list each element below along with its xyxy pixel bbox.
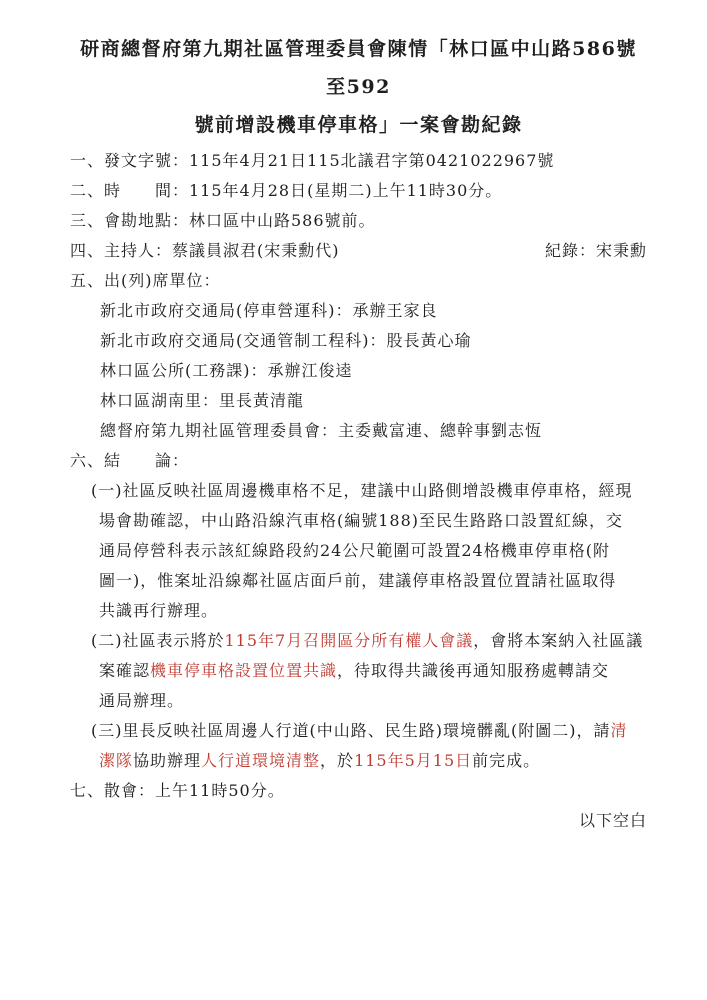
recorder-label: 紀錄：宋秉勳 bbox=[545, 236, 647, 266]
text-segment: 一、發文字號：115年4月21日115北議君字第0421022967號 bbox=[70, 151, 554, 170]
conclusion-2: (二)社區表示將於115年7月召開區分所有權人會議，會將本案納入社區議 bbox=[70, 626, 647, 656]
highlighted-text-segment: 115年7月召開區分所有權人會議 bbox=[225, 631, 474, 650]
document-title: 研商總督府第九期社區管理委員會陳情「林口區中山路586號至592 號前增設機車停… bbox=[70, 30, 647, 144]
attendee: 林口區湖南里：里長黃清龍 bbox=[70, 386, 647, 416]
attendee: 總督府第九期社區管理委員會：主委戴富連、總幹事劉志恆 bbox=[70, 416, 647, 446]
text-segment: 林口區湖南里：里長黃清龍 bbox=[100, 391, 304, 410]
text-segment: 共識再行辦理。 bbox=[99, 601, 218, 620]
text-segment: 圖一)，惟案址沿線鄰社區店面戶前，建議停車格設置位置請社區取得 bbox=[99, 571, 616, 590]
text-segment: (三)里長反映社區周邊人行道(中山路、民生路)環境髒亂(附圖二)，請 bbox=[91, 721, 610, 740]
highlighted-text-segment: 115年5月15日 bbox=[354, 751, 472, 770]
text-segment: 協助辦理 bbox=[133, 751, 201, 770]
conclusion-3: (三)里長反映社區周邊人行道(中山路、民生路)環境髒亂(附圖二)，請清 bbox=[70, 716, 647, 746]
conclusion-1-cont: 場會勘確認，中山路沿線汽車格(編號188)至民生路路口設置紅線，交 bbox=[70, 506, 647, 536]
item-time: 二、時 間：115年4月28日(星期二)上午11時30分。 bbox=[70, 176, 647, 206]
text-segment: ，於 bbox=[320, 751, 354, 770]
text-segment: 七、散會：上午11時50分。 bbox=[70, 781, 285, 800]
conclusion-1-cont: 通局停營科表示該紅線路段約24公尺範圍可設置24格機車停車格(附 bbox=[70, 536, 647, 566]
conclusion-1: (一)社區反映社區周邊機車格不足，建議中山路側增設機車停車格，經現 bbox=[70, 476, 647, 506]
document-title-line-2: 號前增設機車停車格」一案會勘紀錄 bbox=[70, 106, 647, 144]
text-segment: 四、主持人：蔡議員淑君(宋秉勳代) bbox=[70, 241, 340, 260]
highlighted-text-segment: 潔隊 bbox=[99, 751, 133, 770]
text-segment: ，會將本案納入社區議 bbox=[473, 631, 643, 650]
text-segment: 林口區公所(工務課)：承辦江俊逵 bbox=[100, 361, 353, 380]
highlighted-text-segment: 人行道環境清整 bbox=[201, 751, 320, 770]
text-segment: 場會勘確認，中山路沿線汽車格(編號188)至民生路路口設置紅線，交 bbox=[99, 511, 623, 530]
attendee: 新北市政府交通局(停車營運科)：承辦王家良 bbox=[70, 296, 647, 326]
text-segment: 案確認 bbox=[99, 661, 150, 680]
text-segment: ，待取得共識後再通知服務處轉請交 bbox=[337, 661, 609, 680]
highlighted-text-segment: 清 bbox=[610, 721, 627, 740]
conclusion-2-cont: 通局辦理。 bbox=[70, 686, 647, 716]
text-segment: 五、出(列)席單位： bbox=[70, 271, 221, 290]
document-body: 一、發文字號：115年4月21日115北議君字第0421022967號二、時 間… bbox=[70, 146, 647, 836]
item-chairperson: 四、主持人：蔡議員淑君(宋秉勳代)紀錄：宋秉勳 bbox=[70, 236, 647, 266]
blank-below-note: 以下空白 bbox=[70, 806, 647, 836]
text-segment: 通局停營科表示該紅線路段約24公尺範圍可設置24格機車停車格(附 bbox=[99, 541, 610, 560]
text-segment: 三、會勘地點：林口區中山路586號前。 bbox=[70, 211, 376, 230]
item-location: 三、會勘地點：林口區中山路586號前。 bbox=[70, 206, 647, 236]
conclusion-3-cont: 潔隊協助辦理人行道環境清整，於115年5月15日前完成。 bbox=[70, 746, 647, 776]
conclusion-1-cont: 圖一)，惟案址沿線鄰社區店面戶前，建議停車格設置位置請社區取得 bbox=[70, 566, 647, 596]
item-conclusion: 六、結 論： bbox=[70, 446, 647, 476]
text-segment: 六、結 論： bbox=[70, 451, 189, 470]
text-segment: 總督府第九期社區管理委員會：主委戴富連、總幹事劉志恆 bbox=[100, 421, 542, 440]
text-segment: 新北市政府交通局(停車營運科)：承辦王家良 bbox=[100, 301, 438, 320]
text-segment: 前完成。 bbox=[472, 751, 540, 770]
item-adjournment: 七、散會：上午11時50分。 bbox=[70, 776, 647, 806]
highlighted-text-segment: 機車停車格設置位置共識 bbox=[150, 661, 337, 680]
conclusion-1-cont: 共識再行辦理。 bbox=[70, 596, 647, 626]
attendee: 新北市政府交通局(交通管制工程科)：股長黃心瑜 bbox=[70, 326, 647, 356]
meeting-record-page: 研商總督府第九期社區管理委員會陳情「林口區中山路586號至592 號前增設機車停… bbox=[0, 0, 707, 1000]
item-attending-units: 五、出(列)席單位： bbox=[70, 266, 647, 296]
text-segment: 以下空白 bbox=[579, 811, 647, 830]
text-segment: 通局辦理。 bbox=[99, 691, 184, 710]
text-segment: 新北市政府交通局(交通管制工程科)：股長黃心瑜 bbox=[100, 331, 472, 350]
document-title-line-1: 研商總督府第九期社區管理委員會陳情「林口區中山路586號至592 bbox=[70, 30, 647, 106]
conclusion-2-cont: 案確認機車停車格設置位置共識，待取得共識後再通知服務處轉請交 bbox=[70, 656, 647, 686]
text-segment: (二)社區表示將於 bbox=[91, 631, 225, 650]
text-segment: (一)社區反映社區周邊機車格不足，建議中山路側增設機車停車格，經現 bbox=[91, 481, 633, 500]
attendee: 林口區公所(工務課)：承辦江俊逵 bbox=[70, 356, 647, 386]
text-segment: 二、時 間：115年4月28日(星期二)上午11時30分。 bbox=[70, 181, 502, 200]
item-doc-number: 一、發文字號：115年4月21日115北議君字第0421022967號 bbox=[70, 146, 647, 176]
